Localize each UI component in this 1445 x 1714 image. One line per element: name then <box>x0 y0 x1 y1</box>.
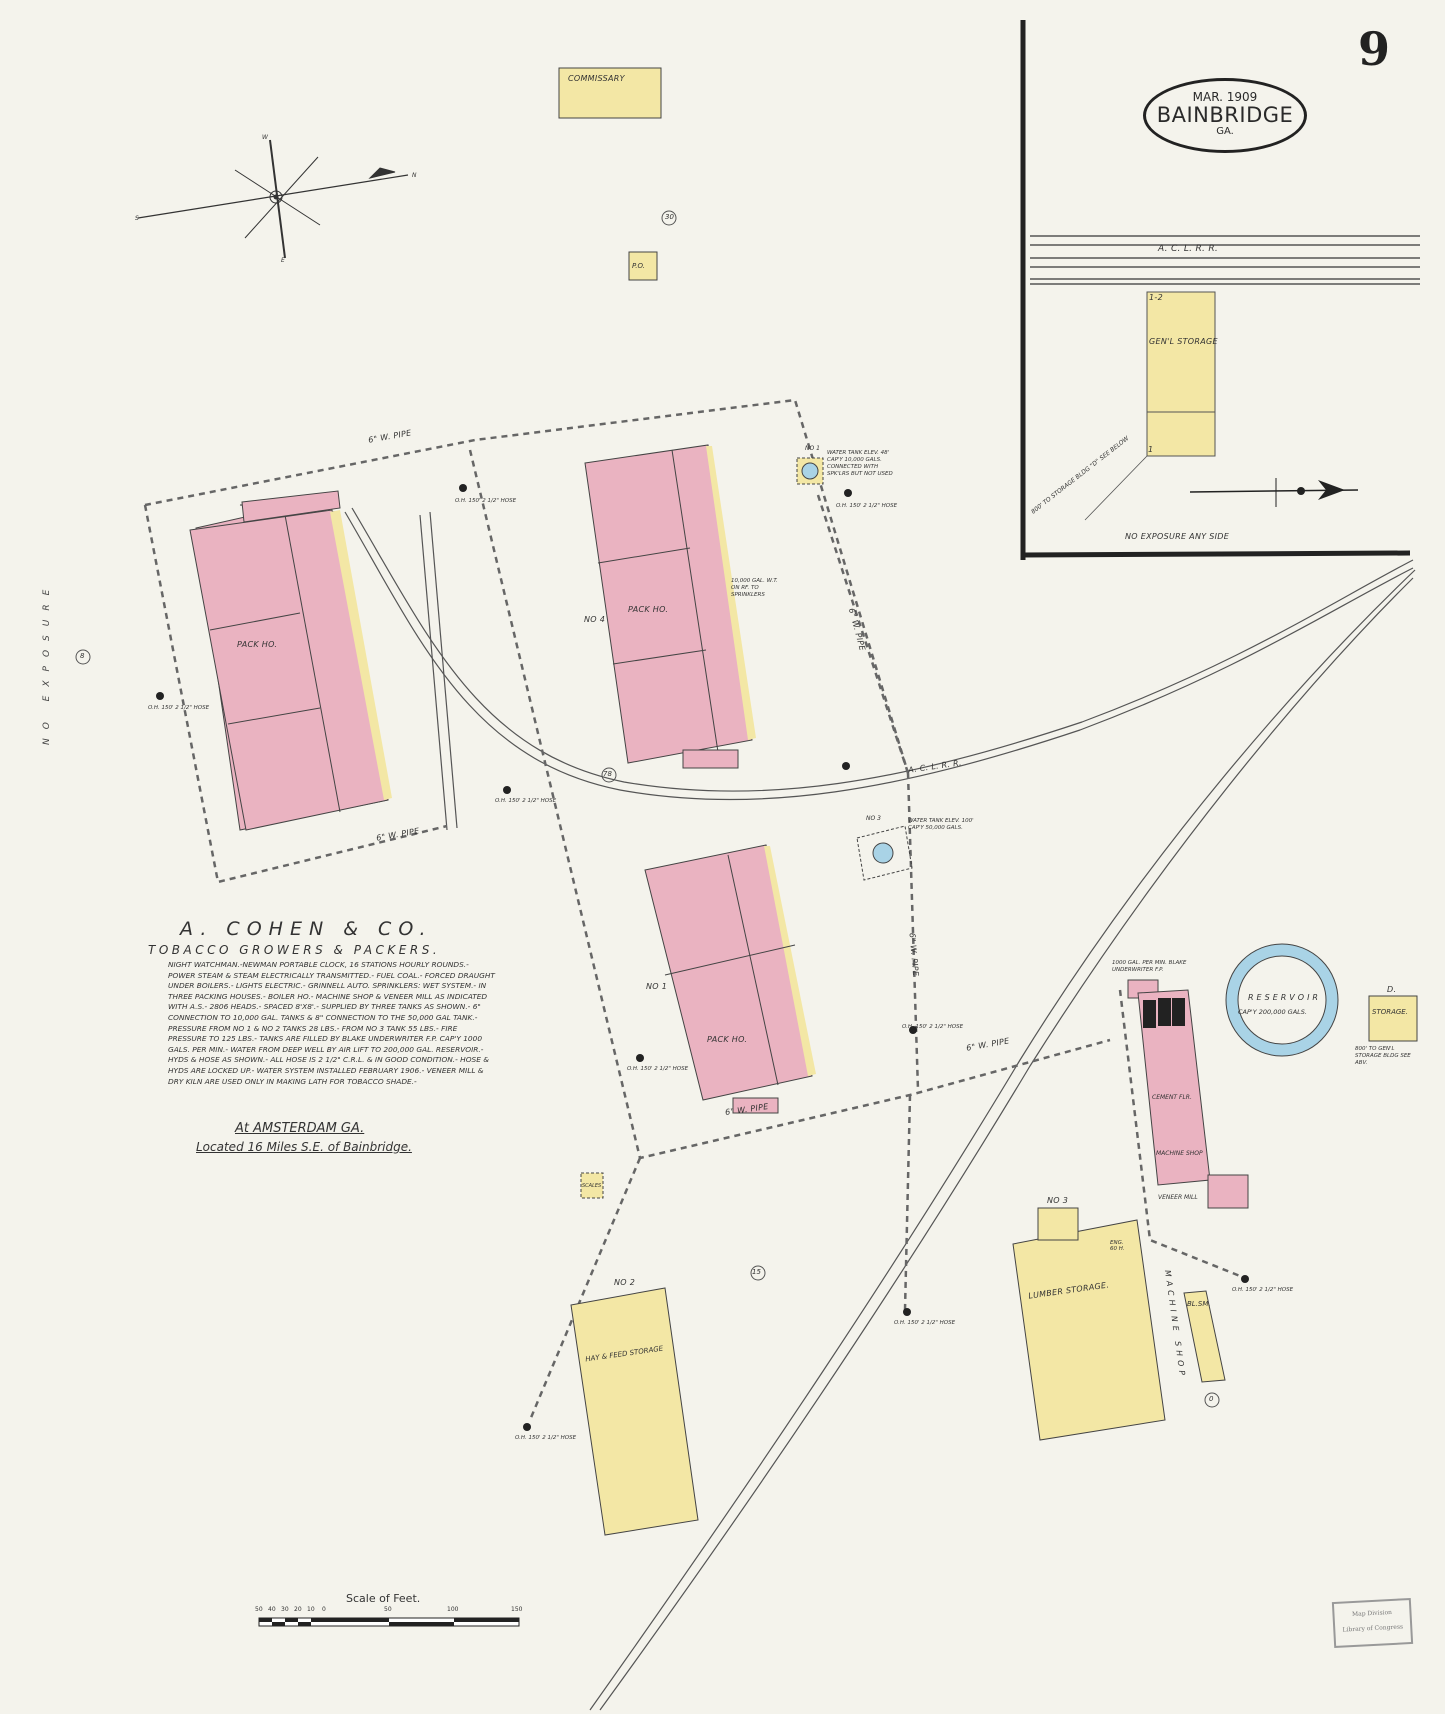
hydrant-note: O.H. 150' 2 1/2" HOSE <box>495 798 556 804</box>
title-state: GA. <box>1146 126 1304 137</box>
company-name: A. COHEN & CO. <box>180 918 433 940</box>
map-drawing <box>0 0 1445 1714</box>
cement-floor-label: CEMENT FLR. <box>1152 1094 1192 1101</box>
inset-building-label: GEN'L STORAGE <box>1149 337 1218 346</box>
blacksmith-label: BL.SM. <box>1187 1300 1211 1308</box>
hydrant-note: O.H. 150' 2 1/2" HOSE <box>455 498 516 504</box>
compass-s: S <box>135 215 139 222</box>
tank1-note: WATER TANK ELEV. 48' CAP'Y 10,000 GALS. … <box>827 450 902 478</box>
post-office-label: P.O. <box>632 262 645 270</box>
reservoir-capacity: CAP'Y 200,000 GALS. <box>1238 1008 1307 1016</box>
veneer-mill-label: VENEER MILL <box>1158 1194 1198 1201</box>
pack-house-left-label: PACK HO. <box>237 640 277 649</box>
location-line-1: At AMSTERDAM GA. <box>235 1121 364 1136</box>
pack-house-no4 <box>585 445 756 768</box>
storage-note: 800' TO GEN'L STORAGE BLDG SEE ABV. <box>1355 1046 1415 1067</box>
inset-exposure-note: NO EXPOSURE ANY SIDE <box>1125 532 1229 541</box>
page-number: 9 <box>1358 22 1390 76</box>
tank2-note: 10,000 GAL. W.T. ON RF. TO SPRINKLERS <box>731 578 786 599</box>
building-no2-label: No 2 <box>614 1278 635 1287</box>
reservoir-label: RESERVOIR <box>1248 993 1321 1002</box>
engine-note: ENG. 60 H. <box>1110 1240 1132 1252</box>
inset-railroad-label: A. C. L. R. R. <box>1158 244 1218 254</box>
pack-house-no1-number: No 1 <box>646 982 667 991</box>
compass-n: N <box>412 172 417 179</box>
hydrant-note: O.H. 150' 2 1/2" HOSE <box>836 503 897 509</box>
block-15-label: 15 <box>752 1268 761 1276</box>
commissary-label: COMMISSARY <box>568 74 625 83</box>
frame-buildings <box>559 68 1417 1535</box>
storage-d-letter: D. <box>1387 985 1396 994</box>
library-stamp: Map Division Library of Congress <box>1332 1598 1413 1648</box>
scale-bar <box>259 1618 519 1626</box>
pack-house-no1 <box>645 845 816 1113</box>
location-line-2: Located 16 Miles S.E. of Bainbridge. <box>196 1140 412 1154</box>
hydrant-note: O.H. 150' 2 1/2" HOSE <box>1232 1287 1293 1293</box>
water-tanks <box>797 458 912 880</box>
compass-w: W <box>262 134 268 141</box>
title-date: MAR. 1909 <box>1146 90 1304 104</box>
pack-house-no4-number: No 4 <box>584 615 605 624</box>
company-subtitle: TOBACCO GROWERS & PACKERS. <box>148 943 440 957</box>
tank1-number: No 1 <box>805 445 820 452</box>
storage-label: STORAGE. <box>1372 1008 1408 1016</box>
sanborn-map-sheet: 9 MAR. 1909 BAINBRIDGE GA. A. C. L. R. R… <box>0 0 1445 1714</box>
block-78-label: 78 <box>603 770 612 778</box>
pump-note: 1000 GAL. PER MIN. BLAKE UNDERWRITER F.P… <box>1112 960 1202 974</box>
compass-e: E <box>281 257 285 264</box>
block-30-label: 30 <box>665 213 674 221</box>
building-no3-label: No 3 <box>1047 1196 1068 1205</box>
block-0-label: 0 <box>1209 1395 1213 1403</box>
hydrant-note: O.H. 150' 2 1/2" HOSE <box>515 1435 576 1441</box>
tank3-note: WATER TANK ELEV. 100' CAP'Y 50,000 GALS. <box>908 818 978 832</box>
no-exposure-label: NO EXPOSURE <box>42 581 52 745</box>
inset-floors-bottom: 1 <box>1148 445 1153 454</box>
pack-house-no1-label: PACK HO. <box>707 1035 747 1044</box>
hydrant-note: O.H. 150' 2 1/2" HOSE <box>894 1320 955 1326</box>
tank3-number: No 3 <box>866 815 881 822</box>
title-city: BAINBRIDGE <box>1146 104 1304 126</box>
fire-protection-notes: NIGHT WATCHMAN.-NEWMAN PORTABLE CLOCK, 1… <box>168 960 498 1087</box>
hydrant-note: O.H. 150' 2 1/2" HOSE <box>148 705 209 711</box>
inset-floors-top: 1-2 <box>1149 293 1163 302</box>
machine-shop-label: MACHINE SHOP <box>1156 1150 1203 1157</box>
scale-title: Scale of Feet. <box>346 1592 420 1605</box>
title-cartouche: MAR. 1909 BAINBRIDGE GA. <box>1143 78 1307 153</box>
hydrant-note: O.H. 150' 2 1/2" HOSE <box>627 1066 688 1072</box>
scales-label: SCALES <box>582 1183 601 1189</box>
pack-house-no4-label: PACK HO. <box>628 605 668 614</box>
compass-rose <box>138 140 408 258</box>
block-8-label: 8 <box>80 652 84 660</box>
hydrant-note: O.H. 150' 2 1/2" HOSE <box>902 1024 963 1030</box>
